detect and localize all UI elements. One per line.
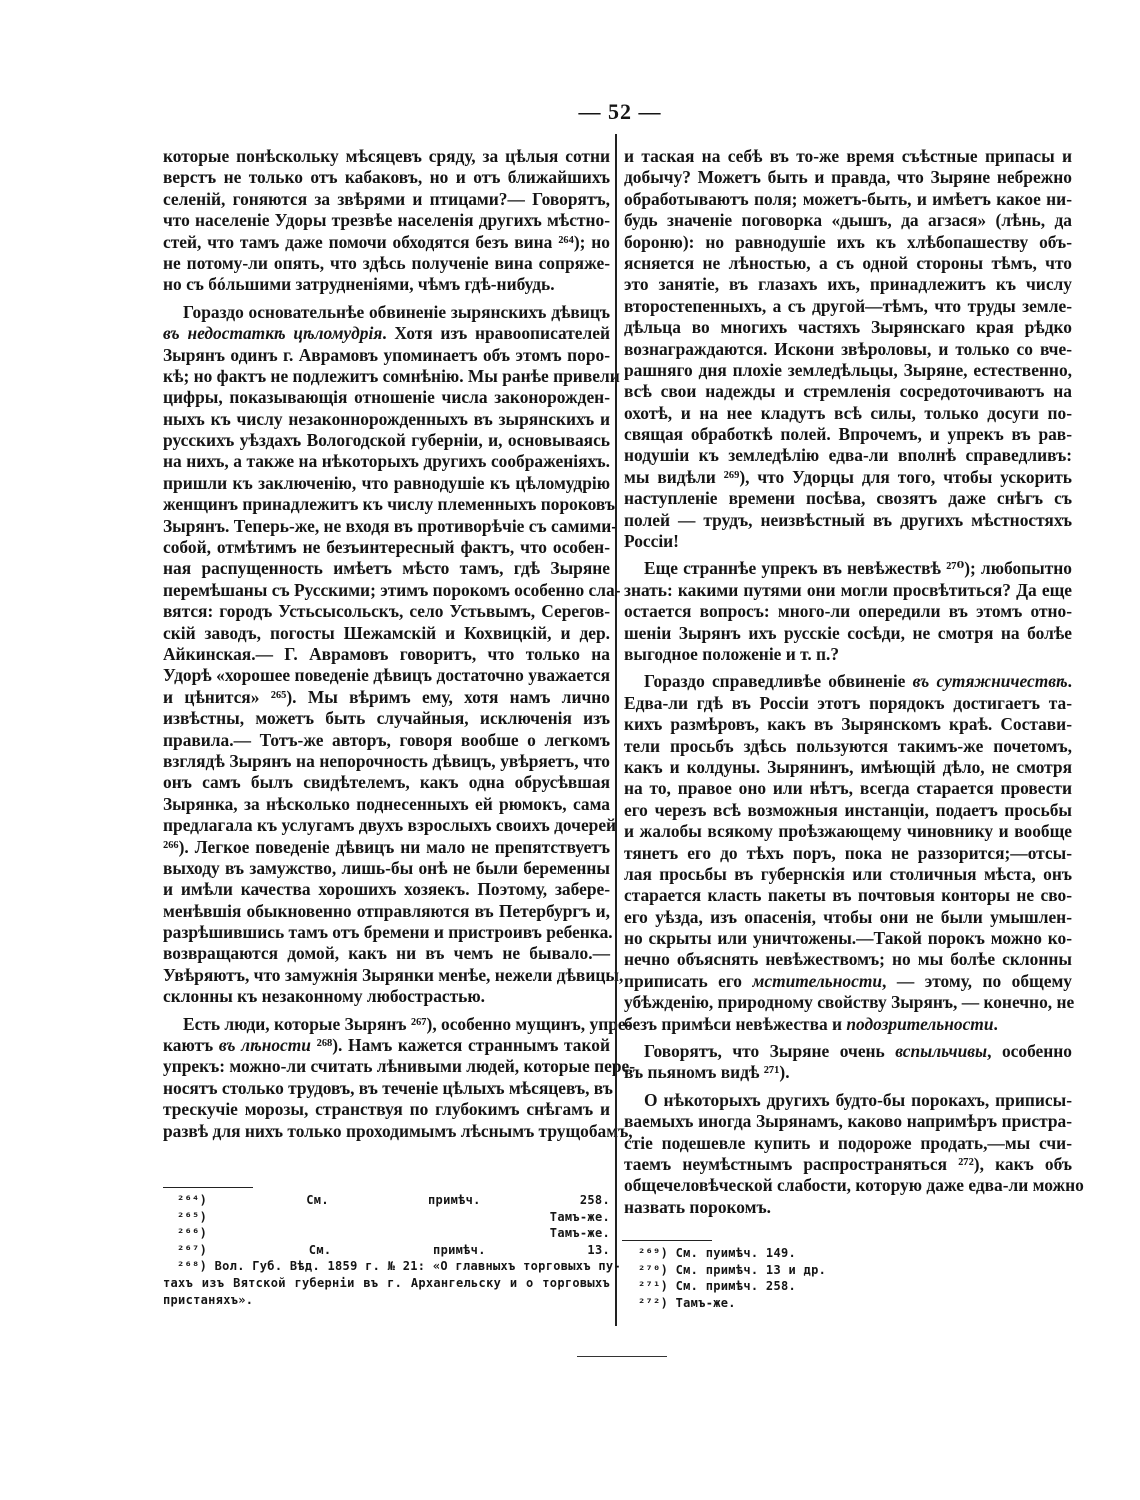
right-column-line: Россіи!: [624, 531, 1072, 552]
right-column-line: его уѣзда, изъ опасенія, чтобы они не бы…: [624, 907, 1072, 928]
right-column-line: это занятіе, въ глазахъ ихъ, принадлежит…: [624, 274, 1072, 295]
left-column-line: женщинъ принадлежитъ къ числу племенныхъ…: [163, 494, 610, 515]
left-column-line: кѣ; но фактъ не подлежитъ сомнѣнію. Мы р…: [163, 366, 610, 387]
right-column-line: таемъ неумѣстнымъ распространяться ²⁷²),…: [624, 1154, 1072, 1175]
right-column-line: приписать его мстительности, — этому, по…: [624, 971, 1072, 992]
footnote-right-line: ²⁶⁹) См. пуимѣч. 149.: [624, 1245, 1072, 1262]
left-column-line: Увѣряютъ, что замужнія Зырянки менѣе, не…: [163, 965, 610, 986]
right-column-line: какъ и колдуны. Зырянинъ, имѣющій дѣло, …: [624, 757, 1072, 778]
left-column-line: взглядѣ Зырянъ на непорочность дѣвицъ, у…: [163, 751, 610, 772]
left-column-line: трескучіе морозы, странствуя по глубоким…: [163, 1099, 610, 1120]
left-column-line: на нихъ, а также на нѣкоторыхъ другихъ с…: [163, 451, 610, 472]
right-column-line: на то, правое оно или нѣтъ, всегда стара…: [624, 778, 1072, 799]
footnote-left-line: тахъ изъ Вятской губерніи въ г. Архангел…: [163, 1275, 610, 1292]
right-column-line: бороню): но равнодушіе ихъ къ хлѣбопашес…: [624, 232, 1072, 253]
right-column-line: свящая обработкѣ полей. Впрочемъ, и упре…: [624, 424, 1072, 445]
page-number: — 52 —: [0, 99, 1140, 125]
right-column-line: второстепенныхъ, а съ другой—тѣмъ, что т…: [624, 296, 1072, 317]
footnote-left-line: ²⁶⁸) Вол. Губ. Вѣд. 1859 г. № 21: «О гла…: [163, 1258, 610, 1275]
footnote-left-line: ²⁶⁷) См. примѣч. 13.: [163, 1242, 610, 1259]
left-column-line: Зырянъ одинъ г. Аврамовъ упоминаетъ объ …: [163, 345, 610, 366]
right-column-line: рашняго дня плохіе земледѣльцы, Зыряне, …: [624, 360, 1072, 381]
right-column-line: Гораздо справедливѣе обвиненіе въ сутяжн…: [624, 671, 1072, 692]
left-column-line: Айкинская.— Г. Аврамовъ говоритъ, что то…: [163, 644, 610, 665]
right-column-line: мы видѣли ²⁶⁹), что Удорцы для того, что…: [624, 467, 1072, 488]
right-column-line: въ пьяномъ видѣ ²⁷¹).: [624, 1062, 1072, 1083]
right-column-line: остается вопросъ: много-ли опередили въ …: [624, 601, 1072, 622]
footnote-rule-left: [163, 1187, 253, 1188]
left-column-line: ныхъ къ числу незаконнорожденныхъ въ зыр…: [163, 409, 610, 430]
left-column-line: Зырянъ. Теперь-же, не входя въ противорѣ…: [163, 516, 610, 537]
left-column-line: которые понѣскольку мѣсяцевъ сряду, за ц…: [163, 146, 610, 167]
footnote-right-line: ²⁷¹) См. примѣч. 258.: [624, 1278, 1072, 1295]
left-column-line: что населеніе Удоры трезвѣе населенія др…: [163, 210, 610, 231]
left-column-line: ²⁶⁶). Легкое поведеніе дѣвицъ ни мало не…: [163, 837, 610, 858]
left-column-line: упрекъ: можно-ли считать лѣнивыми людей,…: [163, 1056, 610, 1077]
right-column-line: Говорятъ, что Зыряне очень вспыльчивы, о…: [624, 1041, 1072, 1062]
right-column-line: кихъ размѣровъ, какъ въ Зырянскомъ краѣ.…: [624, 714, 1072, 735]
right-column-line: Едва-ли гдѣ въ Россіи этотъ порядокъ дос…: [624, 693, 1072, 714]
right-column-line: дѣльца во многихъ частяхъ Зырянскаго кра…: [624, 317, 1072, 338]
column-divider: [615, 134, 617, 1326]
right-column-line: охотѣ, и на нее кладутъ всѣ силы, только…: [624, 403, 1072, 424]
left-column-line: вятся: городъ Устьсысольскъ, село Устьвы…: [163, 601, 610, 622]
right-column-line: выгодное положеніе и т. п.?: [624, 644, 1072, 665]
left-column-line: селеній, гоняются за звѣрями и птицами?—…: [163, 189, 610, 210]
footnote-left-line: ²⁶⁴) См. примѣч. 258.: [163, 1192, 610, 1209]
right-column-line: но скрыты или уничтожены.—Такой порокъ м…: [624, 928, 1072, 949]
left-column-line: Есть люди, которые Зырянъ ²⁶⁷), особенно…: [163, 1014, 610, 1035]
right-column-line: добычу? Можетъ быть и правда, что Зыряне…: [624, 167, 1072, 188]
left-column-line: развѣ для нихъ только проходимымъ лѣсным…: [163, 1121, 610, 1142]
left-column-line: менѣвшія обыкновенно отправляются въ Пет…: [163, 901, 610, 922]
left-column-line: Удорѣ «хорошее поведеніе дѣвицъ достаточ…: [163, 665, 610, 686]
left-column-line: Гораздо основательнѣе обвиненіе зырянски…: [163, 302, 610, 323]
right-column-line: тянетъ его до тѣхъ поръ, пока не раззори…: [624, 843, 1072, 864]
right-column-line: шеніи Зырянъ ихъ русскіе сосѣди, не смот…: [624, 623, 1072, 644]
left-column-line: Зырянка, за нѣсколько поднесенныхъ ей рю…: [163, 794, 610, 815]
right-column-line: знать: какими путями они могли просвѣтит…: [624, 580, 1072, 601]
left-column-line: пришли къ заключенію, что равнодушіе къ …: [163, 473, 610, 494]
left-column-line: онъ самъ былъ свидѣтелемъ, какъ одна обр…: [163, 772, 610, 793]
right-column-line: общечеловѣческой слабости, которую даже …: [624, 1175, 1072, 1196]
right-column-line: тели просьбъ здѣсь пользуются такимъ-же …: [624, 736, 1072, 757]
left-column-line: скій заводъ, погосты Шежамскій и Кохвицк…: [163, 623, 610, 644]
right-column-line: будь значеніе поговорка «дышъ, да агзася…: [624, 210, 1072, 231]
right-column-line: всѣ свои надежды и стремленія сосредоточ…: [624, 381, 1072, 402]
right-column-line: лая просьбы въ губернскія или столичныя …: [624, 864, 1072, 885]
left-column-line: стей, что тамъ даже помочи обходятся без…: [163, 232, 610, 253]
left-column-line: собой, отмѣтимъ не безъинтересный фактъ,…: [163, 537, 610, 558]
left-column-line: и имѣли качества хорошихъ хозяекъ. Поэто…: [163, 879, 610, 900]
right-column-line: назвать порокомъ.: [624, 1197, 1072, 1218]
left-column-line: но съ бóльшими затрудненіями, чѣмъ гдѣ-н…: [163, 274, 610, 295]
right-column-line: Еще страннѣе упрекъ въ невѣжествѣ ²⁷⁰); …: [624, 558, 1072, 579]
left-column-line: не потому-ли опять, что здѣсь полученіе …: [163, 253, 610, 274]
left-column-line: ная распущенность имѣетъ мѣсто тамъ, гдѣ…: [163, 558, 610, 579]
right-column-line: убѣжденію, природному свойству Зырянъ, —…: [624, 992, 1072, 1013]
footnote-left-line: пристаняхъ».: [163, 1292, 610, 1309]
right-column-line: старается класть пакеты въ почтовыя конт…: [624, 885, 1072, 906]
right-column-line: О нѣкоторыхъ другихъ будто-бы порокахъ, …: [624, 1090, 1072, 1111]
left-column-line: предлагала къ услугамъ двухъ взрослыхъ с…: [163, 815, 610, 836]
page-end-rule: [577, 1356, 667, 1357]
right-column-line: наступленіе времени посѣва, свозятъ даже…: [624, 488, 1072, 509]
left-column-line: носятъ столько трудовъ, въ теченіе цѣлых…: [163, 1078, 610, 1099]
footnotes-right: ²⁶⁹) См. пуимѣч. 149.²⁷⁰) См. примѣч. 13…: [624, 1245, 1072, 1311]
left-column-line: выходу въ замужство, лишь-бы онѣ не были…: [163, 858, 610, 879]
left-column-line: и цѣнится» ²⁶⁵). Мы вѣримъ ему, хотя нам…: [163, 687, 610, 708]
right-column-text: и таская на себѣ въ то-же время съѣстные…: [624, 146, 1072, 1218]
right-column-line: стіе подешевле купить и подороже продать…: [624, 1133, 1072, 1154]
left-column-line: возвращаются домой, какъ ни въ чемъ не б…: [163, 943, 610, 964]
footnote-rule-right: [622, 1240, 712, 1241]
left-column-line: правила.— Тотъ-же авторъ, говоря вообше …: [163, 730, 610, 751]
right-column-line: обработываютъ поля; можетъ-быть, и имѣет…: [624, 189, 1072, 210]
right-column-line: его черезъ всѣ возможныя инстанціи, пода…: [624, 800, 1072, 821]
right-column-line: ваемыхъ иногда Зырянамъ, каково напримѣр…: [624, 1111, 1072, 1132]
right-column-line: полей — трудъ, неизвѣстный въ другихъ мѣ…: [624, 510, 1072, 531]
footnote-left-line: ²⁶⁵) Тамъ-же.: [163, 1209, 610, 1226]
footnote-right-line: ²⁷⁰) См. примѣч. 13 и др.: [624, 1262, 1072, 1279]
left-column-line: въ недостаткѣ цѣломудрія. Хотя изъ нраво…: [163, 323, 610, 344]
left-column-line: перемѣшаны съ Русскими; этимъ порокомъ о…: [163, 580, 610, 601]
left-column-line: разрѣшившись тамъ отъ бремени и пристрои…: [163, 922, 610, 943]
right-column-line: безъ примѣси невѣжества и подозрительнос…: [624, 1014, 1072, 1035]
footnote-left-line: ²⁶⁶) Тамъ-же.: [163, 1225, 610, 1242]
right-column-line: нодушіи къ земледѣлію едва-ли вполнѣ спр…: [624, 445, 1072, 466]
left-column-line: извѣстны, можетъ быть случайныя, исключе…: [163, 708, 610, 729]
footnotes-left: ²⁶⁴) См. примѣч. 258.²⁶⁵) Тамъ-же.²⁶⁶) Т…: [163, 1192, 610, 1308]
right-column-line: вознаграждаются. Искони звѣроловы, и тол…: [624, 339, 1072, 360]
footnote-right-line: ²⁷²) Тамъ-же.: [624, 1295, 1072, 1312]
right-column-line: ясняется не лѣностью, а съ одной стороны…: [624, 253, 1072, 274]
left-column-line: каютъ въ лѣности ²⁶⁸). Намъ кажется стра…: [163, 1035, 610, 1056]
left-column-line: склонны къ незаконному любострастью.: [163, 986, 610, 1007]
left-column-line: русскихъ уѣздахъ Вологодской губерніи, и…: [163, 430, 610, 451]
left-column-line: верстъ не только отъ кабаковъ, но и отъ …: [163, 167, 610, 188]
right-column-line: и жалобы всякому проѣзжающему чиновнику …: [624, 821, 1072, 842]
left-column-text: которые понѣскольку мѣсяцевъ сряду, за ц…: [163, 146, 610, 1142]
right-column-line: нечно объяснять невѣжествомъ; но мы болѣ…: [624, 949, 1072, 970]
right-column-line: и таская на себѣ въ то-же время съѣстные…: [624, 146, 1072, 167]
left-column-line: цифры, показывающія отношеніе числа зако…: [163, 387, 610, 408]
